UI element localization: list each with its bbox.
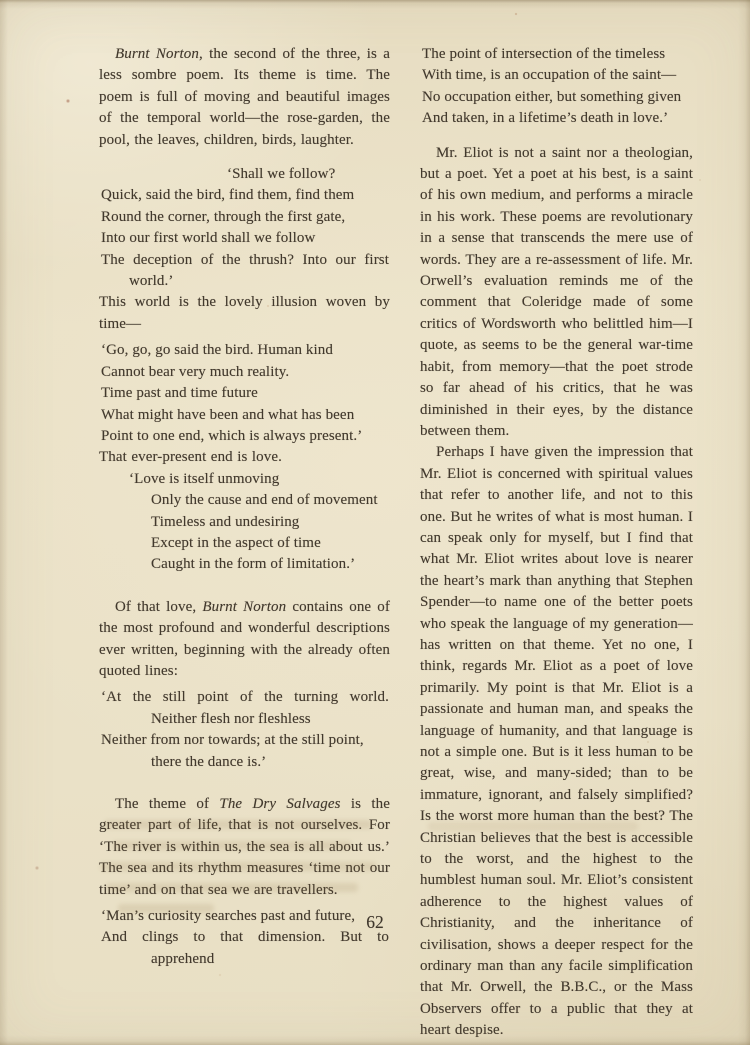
italic-title: Burnt Norton <box>202 599 286 615</box>
verse-line: And taken, in a lifetime’s death in love… <box>420 108 693 129</box>
verse-block: ‘Shall we follow?Quick, said the bird, f… <box>99 164 390 292</box>
page-text-area: Burnt Norton, the second of the three, i… <box>99 44 693 1042</box>
italic-title: Burnt Norton <box>115 46 199 62</box>
paragraph: That ever-present end is love. <box>99 447 390 468</box>
verse-line: What might have been and what has been <box>99 405 390 426</box>
verse-block: ‘Go, go, go said the bird. Human kindCan… <box>99 340 390 447</box>
verse-line: No occupation either, but something give… <box>420 87 693 108</box>
paragraph: Mr. Eliot is not a saint nor a theologia… <box>420 143 693 443</box>
verse-line: ‘Shall we follow? <box>99 164 390 185</box>
verse-line: The deception of the thrush? Into our fi… <box>99 250 390 271</box>
verse-line: Only the cause and end of movement <box>99 490 390 511</box>
verse-line: apprehend <box>99 949 390 970</box>
verse-line: Point to one end, which is always presen… <box>99 426 390 447</box>
scanned-book-page: Burnt Norton, the second of the three, i… <box>0 0 750 1045</box>
right-column: The point of intersection of the timeles… <box>420 44 693 1042</box>
verse-line: Timeless and undesiring <box>99 512 390 533</box>
verse-line: world.’ <box>99 271 390 292</box>
verse-line: Cannot bear very much reality. <box>99 362 390 383</box>
verse-line: Into our first world shall we follow <box>99 228 390 249</box>
verse-line: Round the corner, through the first gate… <box>99 207 390 228</box>
verse-line: The point of intersection of the timeles… <box>420 44 693 65</box>
verse-line: With time, is an occupation of the saint… <box>420 65 693 86</box>
paragraph: Perhaps I have given the impression that… <box>420 442 693 1041</box>
verse-line: Quick, said the bird, find them, find th… <box>99 185 390 206</box>
verse-line: Time past and time future <box>99 383 390 404</box>
paragraph: Burnt Norton, the second of the three, i… <box>99 44 390 151</box>
paragraph: Of that love, Burnt Norton contains one … <box>99 597 390 683</box>
verse-line: Caught in the form of limitation.’ <box>99 554 390 575</box>
verse-block: ‘Love is itself unmovingOnly the cause a… <box>99 469 390 576</box>
paragraph: The theme of The Dry Salvages is the gre… <box>99 794 390 901</box>
italic-title: The Dry Salvages <box>219 796 340 812</box>
left-column: Burnt Norton, the second of the three, i… <box>99 44 390 1042</box>
verse-line: ‘Love is itself unmoving <box>99 469 390 490</box>
paragraph: This world is the lovely illusion woven … <box>99 292 390 335</box>
verse-line: Neither from nor towards; at the still p… <box>99 730 390 751</box>
verse-line: Except in the aspect of time <box>99 533 390 554</box>
page-number: 62 <box>0 912 750 933</box>
verse-line: Neither flesh nor fleshless <box>99 709 390 730</box>
verse-line: there the dance is.’ <box>99 752 390 773</box>
verse-line: ‘At the still point of the turning world… <box>99 687 390 708</box>
verse-block: The point of intersection of the timeles… <box>420 44 693 130</box>
verse-line: ‘Go, go, go said the bird. Human kind <box>99 340 390 361</box>
verse-block: ‘At the still point of the turning world… <box>99 687 390 773</box>
